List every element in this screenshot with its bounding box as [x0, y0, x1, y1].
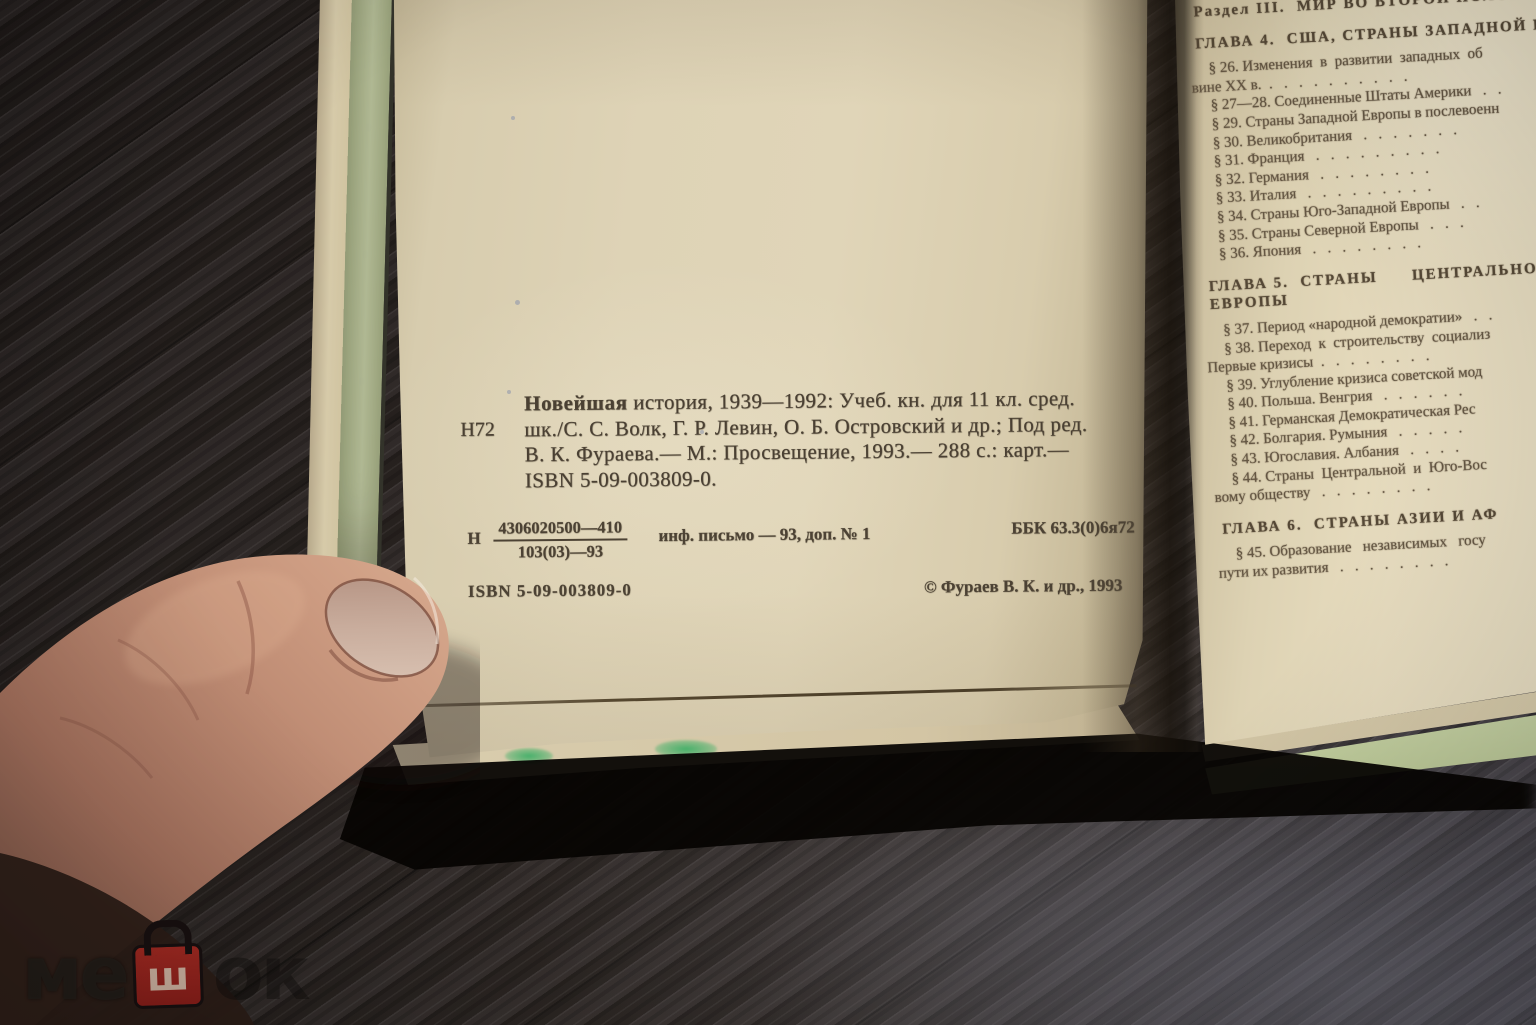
catalog-fraction: 4306020500—410 103(03)—93	[493, 517, 627, 562]
imprint-line-2: шк./С. С. Волк, Г. Р. Левин, О. Б. Остро…	[524, 411, 1087, 440]
watermark: ме ш ок	[22, 928, 308, 1020]
photo-of-open-book: Н72 Новейшая история, 1939—1992: Учеб. к…	[0, 0, 1536, 1025]
bbk-code: ББК 63.3(0)6я72	[1011, 517, 1135, 538]
copyright-line: © Фураев В. К. и др., 1993	[924, 576, 1123, 598]
isbn-row: ISBN 5-09-003809-0 © Фураев В. К. и др.,…	[454, 575, 1169, 582]
shopping-bag-icon: ш	[132, 943, 204, 1009]
catalog-number-row: Н 4306020500—410 103(03)—93 инф. письмо …	[453, 512, 1168, 567]
imprint-line-4: ISBN 5-09-003809-0.	[525, 466, 717, 492]
title-page-imprint: Н72 Новейшая история, 1939—1992: Учеб. к…	[452, 385, 1169, 622]
watermark-text-prefix: ме	[22, 937, 127, 1011]
paper-speck	[515, 300, 520, 305]
table-of-contents: Раздел III. МИР ВО ВТОРОЙ ПОЛОВИНЕГЛАВА …	[1185, 0, 1536, 584]
paper-speck	[511, 116, 515, 120]
watermark-text-suffix: ок	[213, 937, 308, 1011]
catalog-numerator: 4306020500—410	[493, 517, 627, 541]
info-letter-note: инф. письмо — 93, доп. № 1	[658, 524, 870, 546]
catalog-code: Н72	[460, 419, 495, 442]
isbn-number: ISBN 5-09-003809-0	[468, 580, 632, 602]
imprint-line-3: В. К. Фураева.— М.: Просвещение, 1993.— …	[524, 437, 1069, 466]
bibliographic-entry: Новейшая история, 1939—1992: Учеб. кн. д…	[524, 385, 1168, 493]
catalog-denominator: 103(03)—93	[493, 540, 627, 562]
imprint-line-1: история, 1939—1992: Учеб. кн. для 11 кл.…	[627, 386, 1075, 414]
book-title-bold: Новейшая	[524, 390, 628, 415]
left-page	[380, 0, 1155, 762]
book-gutter-shadow	[1082, 0, 1204, 752]
watermark-bag-letter: ш	[146, 956, 190, 997]
